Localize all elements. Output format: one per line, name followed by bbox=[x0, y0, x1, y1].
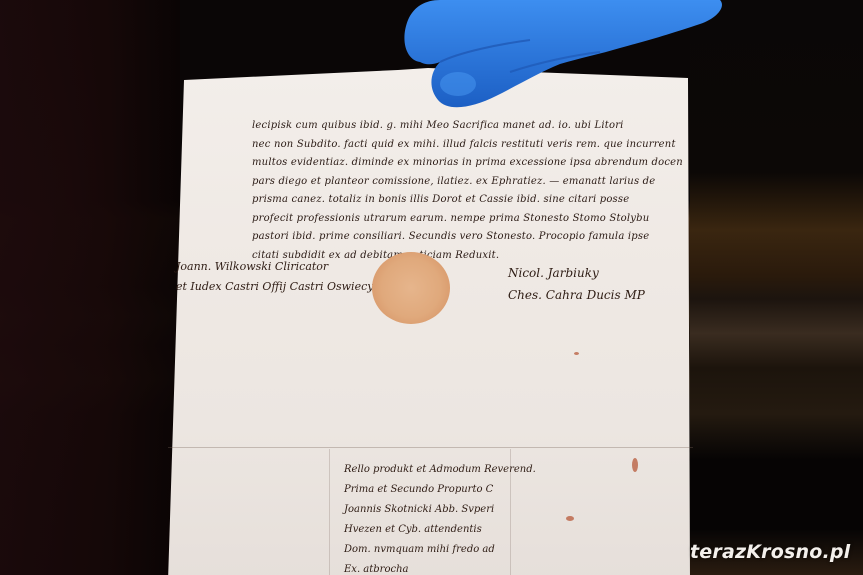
signature-line: Ches. Cahra Ducis MP bbox=[508, 284, 645, 306]
manuscript-line: pastori ibid. prime consiliari. Secundis… bbox=[252, 228, 682, 247]
manuscript-line: lecipisk cum quibus ibid. g. mihi Meo Sa… bbox=[252, 117, 682, 136]
ink-stain bbox=[632, 458, 638, 472]
manuscript-line: prisma canez. totaliz in bonis illis Dor… bbox=[252, 191, 682, 210]
signature-line: Joann. Wilkowski Cliricator bbox=[176, 257, 373, 277]
address-panel-text: Rello produkt et Admodum Reverend. Prima… bbox=[344, 460, 536, 575]
signature-right: Nicol. Jarbiuky Ches. Cahra Ducis MP bbox=[508, 262, 645, 306]
manuscript-line: nec non Subdito. facti quid ex mihi. ill… bbox=[252, 136, 682, 155]
signature-line: Nicol. Jarbiuky bbox=[508, 262, 645, 284]
address-line: Hvezen et Cyb. attendentis bbox=[344, 520, 536, 540]
address-line: Joannis Skotnicki Abb. Svperi bbox=[344, 500, 536, 520]
wax-seal bbox=[372, 252, 450, 324]
ink-stain bbox=[574, 352, 579, 355]
address-line: Prima et Secundo Propurto C bbox=[344, 480, 536, 500]
address-line: Dom. nvmquam mihi fredo ad bbox=[344, 540, 536, 560]
address-line: Ex. atbrocha bbox=[344, 560, 536, 575]
manuscript-line: profecit professionis utrarum earum. nem… bbox=[252, 210, 682, 229]
manuscript-body-text: lecipisk cum quibus ibid. g. mihi Meo Sa… bbox=[252, 117, 682, 265]
paper-fold-horizontal bbox=[168, 447, 693, 448]
manuscript-line: pars diego et planteor comissione, ilati… bbox=[252, 173, 682, 192]
background-curtain bbox=[0, 0, 180, 575]
watermark: terazKrosno.pl bbox=[690, 541, 850, 563]
paper-fold-vertical-left bbox=[329, 449, 330, 575]
ink-stain bbox=[566, 516, 574, 521]
manuscript-line: multos evidentiaz. diminde ex minorias i… bbox=[252, 154, 682, 173]
blue-glove-hand-icon bbox=[400, 0, 730, 112]
address-line: Rello produkt et Admodum Reverend. bbox=[344, 460, 536, 480]
signature-left: Joann. Wilkowski Cliricator et Iudex Cas… bbox=[176, 257, 373, 297]
signature-line: et Iudex Castri Offij Castri Oswiecy bbox=[176, 277, 373, 297]
